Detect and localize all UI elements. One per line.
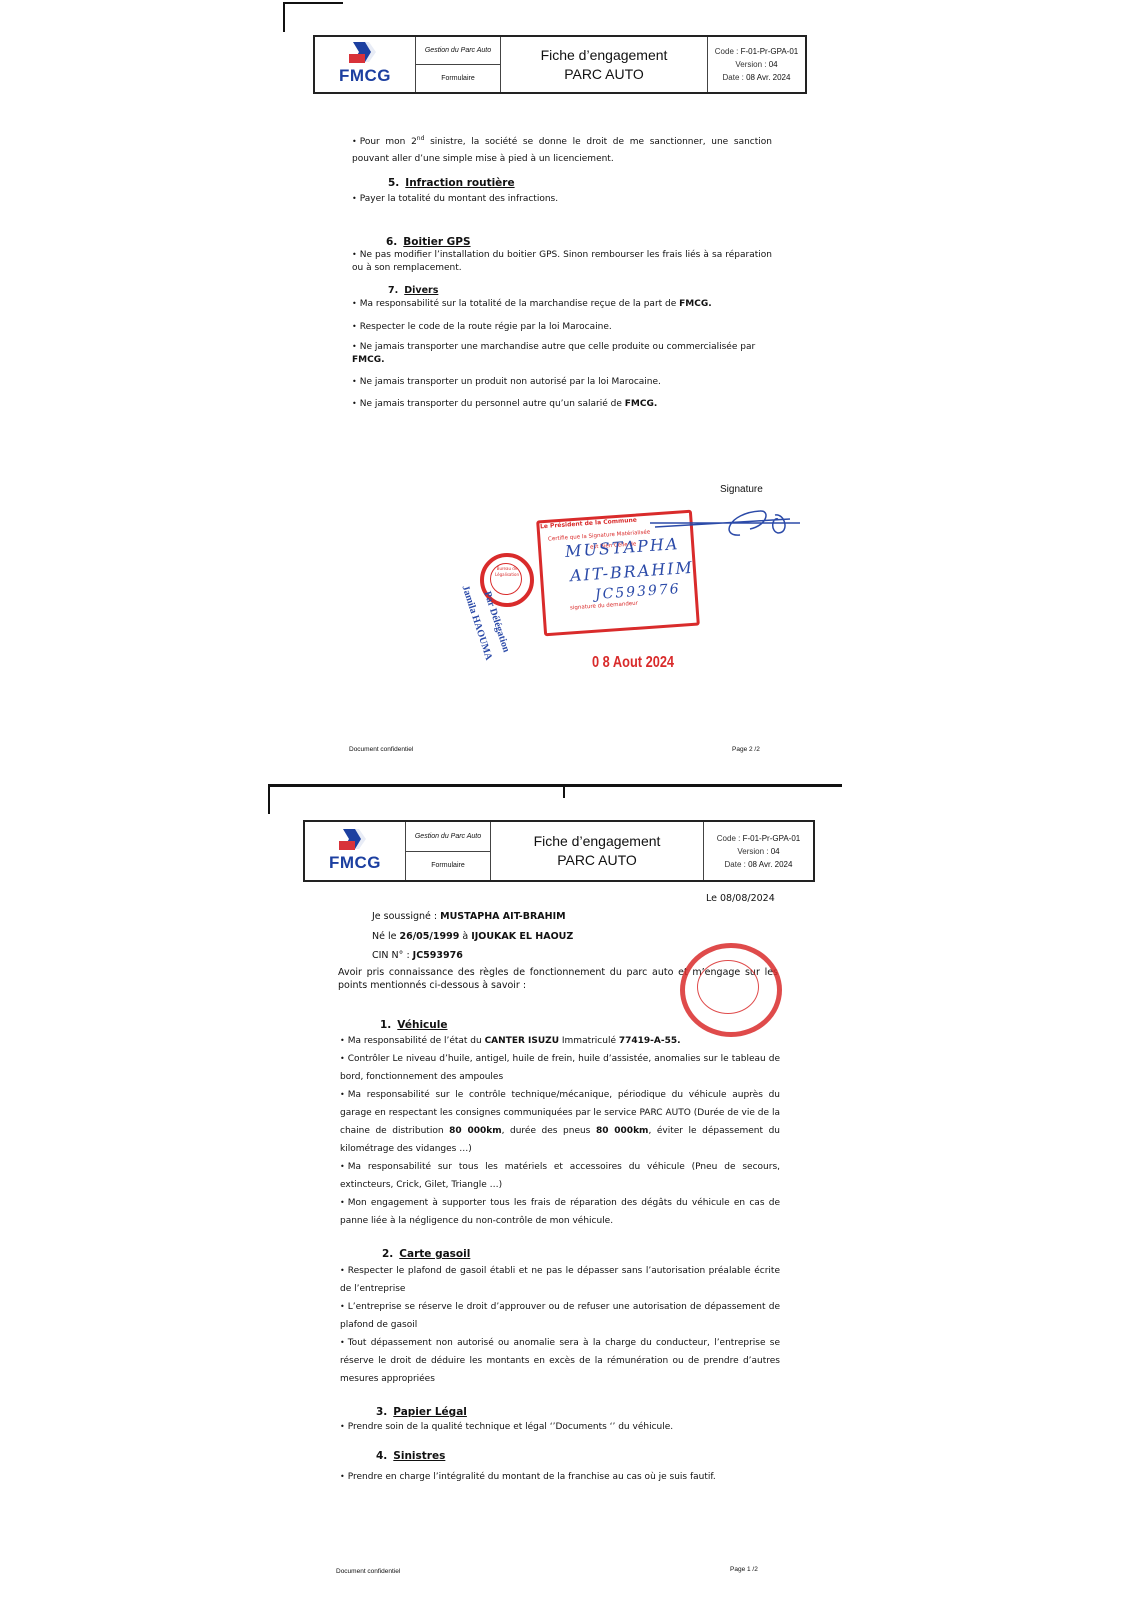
title-line-1: Fiche d’engagement: [541, 46, 668, 65]
divers-bullet-5: Ne jamais transporter du personnel autre…: [352, 395, 772, 413]
section-title: Boitier GPS: [403, 236, 470, 248]
vehicule-bullet-2: Contrôler Le niveau d’huile, antigel, hu…: [340, 1050, 780, 1086]
document-date: Le 08/08/2024: [706, 890, 775, 907]
logo: FMCG: [315, 37, 416, 92]
sinistre-2-bullet: Pour mon 2nd sinistre, la société se don…: [352, 130, 772, 168]
section-4-heading: 4.Sinistres: [376, 1450, 445, 1462]
logo-text: FMCG: [329, 854, 381, 872]
section-number: 5.: [388, 177, 399, 189]
cin-value: JC593976: [413, 950, 463, 961]
divers-bullet-3: Ne jamais transporter une marchandise au…: [352, 340, 772, 367]
page-1-footer-right: Page 1 /2: [730, 1566, 758, 1573]
section-number: 3.: [376, 1406, 387, 1418]
section-number: 4.: [376, 1450, 387, 1462]
commune-round-stamp-inner: [697, 960, 759, 1014]
section-6-bullet: Ne pas modifier l’installation du boitie…: [352, 248, 772, 275]
version-label: Version :: [735, 60, 768, 69]
section-number: 2.: [382, 1248, 393, 1260]
soussigne-label: Je soussigné :: [372, 911, 440, 922]
section-3-heading: 3.Papier Légal: [376, 1406, 467, 1418]
divers-bullet-1: Ma responsabilité sur la totalité de la …: [352, 295, 772, 313]
section-title: Papier Légal: [393, 1406, 467, 1418]
document-code-block: Code : F-01-Pr-GPA-01 Version : 04 Date …: [708, 37, 805, 92]
code-value: F-01-Pr-GPA-01: [743, 834, 801, 843]
vehicule-bullet-4: Ma responsabilité sur tous les matériels…: [340, 1158, 780, 1194]
section-title: Sinistres: [393, 1450, 445, 1462]
logo: FMCG: [305, 822, 406, 880]
version-value: 04: [771, 847, 780, 856]
title-line-1: Fiche d’engagement: [534, 832, 661, 851]
code-label: Code :: [715, 47, 741, 56]
sinistres-bullet: Prendre en charge l’intégralité du monta…: [340, 1468, 780, 1486]
document-title: Fiche d’engagement PARC AUTO: [491, 822, 704, 880]
soussigne-name: MUSTAPHA AIT-BRAHIM: [440, 911, 565, 922]
gasoil-bullet-1: Respecter le plafond de gasoil établi et…: [340, 1262, 780, 1298]
code-label: Code :: [717, 834, 743, 843]
section-1-heading: 1.Véhicule: [380, 1019, 447, 1031]
birth-place: IJOUKAK EL HAOUZ: [471, 931, 573, 942]
birth-line: Né le 26/05/1999 à IJOUKAK EL HAOUZ: [372, 928, 573, 945]
logo-text: FMCG: [339, 67, 391, 85]
page-2-footer-left: Document confidentiel: [349, 746, 413, 753]
document-title: Fiche d’engagement PARC AUTO: [501, 37, 708, 92]
fmcg-arrow-logo-icon: [345, 41, 385, 67]
papier-bullet: Prendre soin de la qualité technique et …: [340, 1418, 780, 1436]
department-label: Gestion du Parc Auto: [416, 37, 500, 65]
section-title: Véhicule: [397, 1019, 447, 1031]
section-number: 1.: [380, 1019, 391, 1031]
gasoil-bullet-3: Tout dépassement non autorisé ou anomali…: [340, 1334, 780, 1388]
department-label: Gestion du Parc Auto: [406, 822, 490, 852]
page-edge-left: [268, 784, 270, 814]
soussigne-line: Je soussigné : MUSTAPHA AIT-BRAHIM: [372, 908, 566, 925]
gasoil-bullet-2: L’entreprise se réserve le droit d’appro…: [340, 1298, 780, 1334]
code-value: F-01-Pr-GPA-01: [741, 47, 799, 56]
vehicule-bullet-3: Ma responsabilité sur le contrôle techni…: [340, 1086, 780, 1158]
date-label: Date :: [723, 73, 747, 82]
date-value: 08 Avr. 2024: [748, 860, 792, 869]
cin-line: CIN N° : JC593976: [372, 947, 463, 964]
signature-scribble-icon: [650, 505, 810, 545]
section-5-bullet: Payer la totalité du montant des infract…: [352, 190, 772, 208]
meta-cell: Gestion du Parc Auto Formulaire: [406, 822, 491, 880]
page-2-footer-right: Page 2 /2: [732, 746, 760, 753]
vehicule-bullet-1: Ma responsabilité de l’état du CANTER IS…: [340, 1032, 780, 1050]
section-2-heading: 2.Carte gasoil: [382, 1248, 470, 1260]
cin-label: CIN N° :: [372, 950, 413, 961]
date-value: 08 Avr. 2024: [746, 73, 790, 82]
fmcg-arrow-logo-icon: [335, 828, 375, 854]
section-6-heading: 6.Boitier GPS: [386, 236, 471, 248]
document-header: FMCG Gestion du Parc Auto Formulaire Fic…: [313, 35, 807, 94]
section-5-heading: 5.Infraction routière: [388, 177, 515, 189]
title-line-2: PARC AUTO: [564, 65, 644, 84]
date-stamp: 0 8 Aout 2024: [592, 654, 674, 672]
scan-mark: [563, 786, 565, 798]
doc-type-label: Formulaire: [416, 65, 500, 92]
page-separator: [268, 784, 842, 787]
signature-label: Signature: [720, 481, 763, 498]
page-1-footer-left: Document confidentiel: [336, 1568, 400, 1575]
section-number: 6.: [386, 236, 397, 248]
title-line-2: PARC AUTO: [557, 851, 637, 870]
birth-date: 26/05/1999: [399, 931, 459, 942]
vehicule-bullet-5: Mon engagement à supporter tous les frai…: [340, 1194, 780, 1230]
document-code-block: Code : F-01-Pr-GPA-01 Version : 04 Date …: [704, 822, 813, 880]
page-edge-top: [283, 2, 343, 4]
divers-bullet-4: Ne jamais transporter un produit non aut…: [352, 373, 772, 391]
circle-stamp-text: Bureau de Légalisation: [492, 566, 522, 578]
doc-type-label: Formulaire: [406, 852, 490, 881]
version-value: 04: [769, 60, 778, 69]
section-title: Carte gasoil: [399, 1248, 470, 1260]
page-edge-top: [283, 2, 285, 32]
birth-sep: à: [459, 931, 471, 942]
divers-bullet-2: Respecter le code de la route régie par …: [352, 318, 772, 336]
document-header: FMCG Gestion du Parc Auto Formulaire Fic…: [303, 820, 815, 882]
version-label: Version :: [737, 847, 770, 856]
birth-label: Né le: [372, 931, 399, 942]
meta-cell: Gestion du Parc Auto Formulaire: [416, 37, 501, 92]
section-title: Infraction routière: [405, 177, 514, 189]
date-label: Date :: [725, 860, 749, 869]
